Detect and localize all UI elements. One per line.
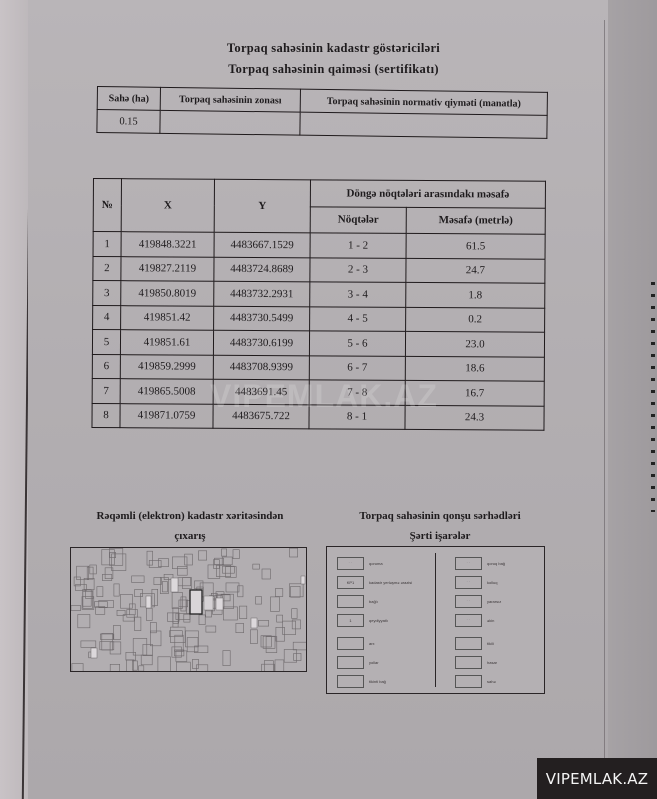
legend-symbol-icon: ˙ ˙	[455, 557, 482, 570]
cell-number: 4	[93, 305, 121, 330]
cell-distance: 1.8	[406, 282, 545, 307]
cell-x: 419851.61	[120, 330, 213, 355]
legend-label: yollar	[369, 660, 379, 665]
legend-symbol-icon: ˙ ˙	[455, 595, 482, 608]
table-row: 1419848.32214483667.15291 - 261.5	[93, 232, 545, 259]
legend-section-title: Torpaq sahəsinin qonşu sərhədləri Şərti …	[330, 506, 550, 546]
table-row: 3419850.80194483732.29313 - 41.8	[93, 281, 545, 308]
legend-title-line1: Torpaq sahəsinin qonşu sərhədləri	[330, 506, 550, 526]
cell-distance: 61.5	[406, 233, 545, 258]
cell-number: 3	[93, 281, 121, 306]
document-subtitle: Torpaq sahəsinin qaiməsi (sertifikatı)	[5, 62, 657, 77]
cell-y: 4483708.9399	[213, 355, 309, 380]
header-x: X	[121, 179, 214, 233]
cell-points: 1 - 2	[310, 233, 406, 258]
header-points: Nöqtələr	[310, 206, 406, 233]
legend-item: KP1kadastr yerləşmə ərazisi	[337, 576, 412, 589]
table-row: 4419851.424483730.54994 - 50.2	[93, 305, 545, 332]
cell-y: 4483730.6199	[213, 330, 309, 355]
cell-number: 2	[93, 256, 121, 281]
legend-item: tikinti bağ	[337, 675, 386, 688]
legend-label: arx	[369, 641, 375, 646]
legend-label: hasar	[487, 660, 497, 665]
legend-label: yararsız	[487, 599, 501, 604]
header-area: Sahə (ha)	[97, 87, 160, 111]
page-fold-line	[604, 20, 605, 799]
cell-y: 4483732.2931	[214, 281, 310, 306]
legend-item: sahə	[455, 675, 496, 688]
legend-label: qoruq bağ	[487, 561, 505, 566]
legend-symbol-icon	[337, 656, 364, 669]
value-normative-price	[300, 112, 547, 138]
legend-box: ˙ ˙qorumaKP1kadastr yerləşmə ərazisibağl…	[326, 546, 545, 694]
cell-number: 8	[92, 403, 120, 428]
cell-points: 2 - 3	[310, 257, 406, 282]
cell-x: 419851.42	[121, 305, 214, 330]
cell-points: 5 - 6	[309, 331, 405, 356]
legend-label: tikili	[487, 641, 494, 646]
header-number: №	[93, 179, 121, 232]
legend-symbol-icon: KP1	[337, 576, 364, 589]
header-distance-group: Döngə nöqtələri arasındakı məsafə	[310, 180, 545, 208]
map-title-line1: Rəqəmli (elektron) kadastr xəritəsindən	[68, 506, 312, 526]
legend-item: arx	[337, 637, 375, 650]
cell-x: 419827.2119	[121, 256, 214, 281]
legend-symbol-icon	[455, 675, 482, 688]
watermark-text: VIPEMLAK.AZ	[210, 378, 438, 415]
legend-item: ˙ ˙qoruma	[337, 557, 383, 570]
legend-symbol-icon: ˙ ˙	[337, 557, 364, 570]
cell-distance: 23.0	[405, 331, 544, 356]
cell-y: 4483667.1529	[214, 232, 310, 257]
legend-symbol-icon	[337, 595, 364, 608]
legend-item: yollar	[337, 656, 379, 669]
value-area: 0.15	[97, 110, 160, 134]
cell-number: 1	[93, 232, 121, 257]
legend-item: 1qeydiyyatlı	[337, 614, 388, 627]
cadastral-map-extract	[70, 547, 307, 672]
cell-number: 5	[92, 330, 120, 355]
legend-item: tikili	[455, 637, 494, 650]
edge-text-marks	[651, 282, 655, 512]
legend-symbol-icon	[337, 637, 364, 650]
adjacent-page-right	[608, 0, 657, 799]
value-zone	[160, 110, 300, 135]
legend-divider	[435, 553, 436, 687]
document-title: Torpaq sahəsinin kadastr göstəriciləri	[5, 41, 657, 56]
legend-symbol-icon: ˙ ˙	[455, 576, 482, 589]
vipemlak-badge: VIPEMLAK.AZ	[537, 758, 657, 799]
info-table: Sahə (ha) Torpaq sahəsinin zonası Torpaq…	[96, 86, 548, 139]
cell-x: 419850.8019	[121, 281, 214, 306]
cell-points: 3 - 4	[310, 282, 406, 307]
legend-item: ˙ ˙qoruq bağ	[455, 557, 505, 570]
cell-x: 419865.5008	[120, 379, 213, 404]
legend-symbol-icon: 1	[337, 614, 364, 627]
cell-y: 4483730.5499	[214, 306, 310, 331]
table-row: 5419851.614483730.61995 - 623.0	[92, 330, 544, 357]
cell-x: 419871.0759	[120, 403, 213, 428]
legend-label: əkin	[487, 618, 494, 623]
header-normative-price: Torpaq sahəsinin normativ qiyməti (manat…	[300, 89, 547, 115]
header-zone: Torpaq sahəsinin zonası	[160, 87, 300, 112]
header-distance: Məsafə (metrlə)	[406, 207, 545, 234]
legend-item: bağlı	[337, 595, 378, 608]
legend-label: qoruma	[369, 561, 383, 566]
legend-label: sahə	[487, 679, 496, 684]
cell-points: 4 - 5	[310, 306, 406, 331]
legend-label: kadastr yerləşmə ərazisi	[369, 580, 412, 585]
table-row: 2419827.21194483724.86892 - 324.7	[93, 256, 545, 283]
cell-number: 6	[92, 354, 120, 379]
legend-label: bağlı	[369, 599, 378, 604]
cell-x: 419848.3221	[121, 232, 214, 257]
legend-symbol-icon: ˙ ˙	[455, 614, 482, 627]
cell-x: 419859.2999	[120, 354, 213, 379]
legend-symbol-icon	[455, 637, 482, 650]
legend-label: qeydiyyatlı	[369, 618, 388, 623]
cell-number: 7	[92, 378, 120, 403]
map-section-title: Rəqəmli (elektron) kadastr xəritəsindən …	[68, 506, 312, 546]
legend-symbol-icon	[337, 675, 364, 688]
map-title-line2: çıxarış	[68, 526, 312, 546]
legend-label: kolluq	[487, 580, 497, 585]
legend-label: tikinti bağ	[369, 679, 386, 684]
legend-symbol-icon	[455, 656, 482, 669]
legend-item: ˙ ˙əkin	[455, 614, 494, 627]
legend-item: ˙ ˙yararsız	[455, 595, 501, 608]
legend-item: hasar	[455, 656, 497, 669]
cell-distance: 24.7	[406, 258, 545, 283]
parcel-map-drawing	[71, 548, 306, 671]
header-y: Y	[214, 179, 310, 233]
cell-y: 4483724.8689	[214, 257, 310, 282]
cell-distance: 0.2	[406, 307, 545, 332]
legend-title-line2: Şərti işarələr	[330, 526, 550, 546]
legend-item: ˙ ˙kolluq	[455, 576, 497, 589]
cell-points: 6 - 7	[309, 355, 405, 380]
